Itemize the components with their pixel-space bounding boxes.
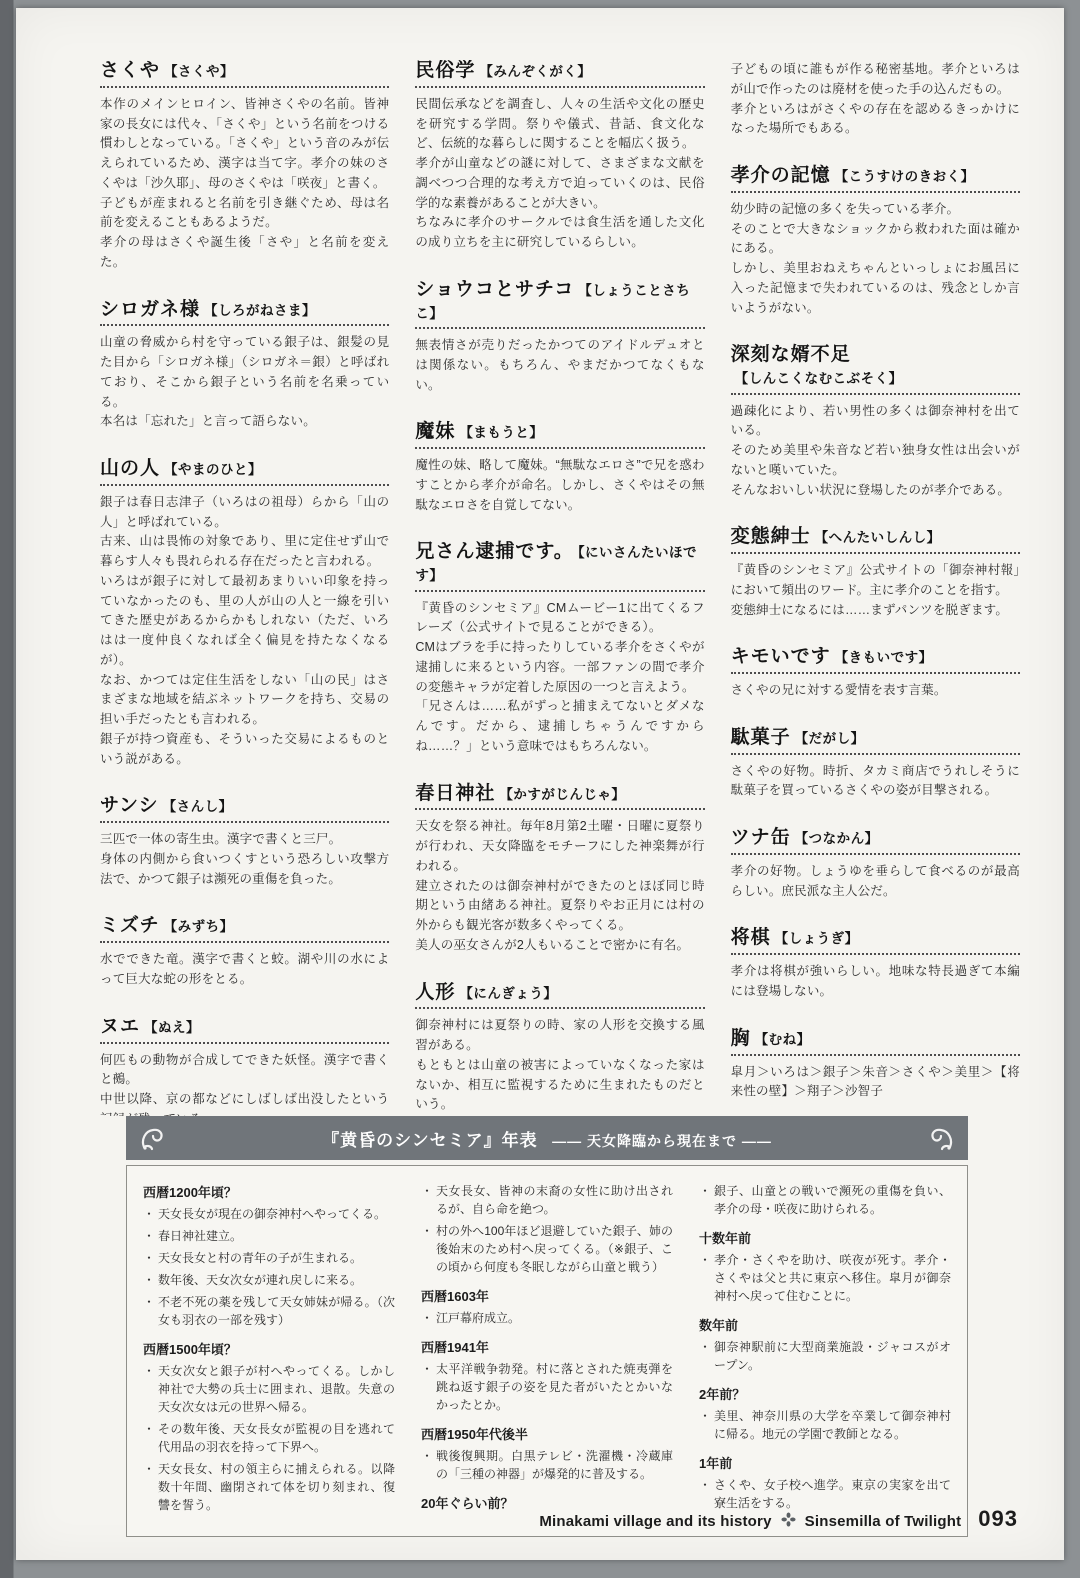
entry-heading: さくや【さくや】 [100, 60, 389, 83]
entry-paragraph: 山童の脅威から村を守っている銀子は、銀髪の見た目から「シロガネ様」（シロガネ＝銀… [100, 333, 389, 412]
entry-paragraph: 本作のメインヒロイン、皆神さくやの名前。皆神家の長女には代々、「さくや」という名… [100, 95, 389, 194]
dotted-rule [415, 447, 704, 449]
entry-heading: ミズチ【みずち】 [100, 915, 389, 938]
timeline-title: 『黄昏のシンセミア』年表 [322, 1131, 538, 1150]
timeline-item: ・数年後、天女次女が連れ戻しに来る。 [143, 1271, 395, 1289]
timeline-item: ・その数年後、天女長女が監視の目を逃れて代用品の羽衣を持って下界へ。 [143, 1420, 395, 1456]
bullet-dot: ・ [143, 1460, 158, 1514]
timeline-item-text: その数年後、天女長女が監視の目を逃れて代用品の羽衣を持って下界へ。 [158, 1420, 395, 1456]
dotted-rule [731, 552, 1020, 554]
timeline-item-text: 天女長女、皆神の末裔の女性に助け出されるが、自ら命を絶つ。 [436, 1182, 673, 1218]
bullet-dot: ・ [421, 1182, 436, 1218]
timeline-item-text: 銀子、山童との戦いで瀕死の重傷を負い、孝介の母・咲夜に助けられる。 [714, 1182, 951, 1218]
entry-paragraph: 水でできた竜。漢字で書くと蛟。湖や川の水によって巨大な蛇の形をとる。 [100, 950, 389, 990]
entry-reading: 【しょうぎ】 [775, 931, 859, 946]
dotted-rule [100, 86, 389, 88]
timeline-header-bar: 『黄昏のシンセミア』年表 ―― 天女降臨から現在まで ―― [126, 1116, 968, 1160]
entry-paragraph: さくやの好物。時折、タカミ商店でうれしそうに駄菓子を買っているさくやの姿が目撃さ… [731, 762, 1020, 802]
entry-reading: 【ぬえ】 [144, 1020, 200, 1035]
dotted-rule [731, 191, 1020, 193]
timeline-column: ・天女長女、皆神の末裔の女性に助け出されるが、自ら命を絶つ。・村の外へ100年ほ… [421, 1182, 673, 1518]
timeline-era-heading: 十数年前 [699, 1228, 951, 1247]
entry-paragraph: 中世以降、京の都などにしばしば出没したという記録が残っている。 [100, 1090, 389, 1116]
entry-paragraph: 孝介は将棋が強いらしい。地味な特長過ぎて本編には登場しない。 [731, 962, 1020, 1002]
timeline-item-text: 不老不死の薬を残して天女姉妹が帰る。（次女も羽衣の一部を残す） [158, 1293, 395, 1329]
entry-paragraph: 銀子は春日志津子（いろはの祖母）らから「山の人」と呼ばれている。 [100, 493, 389, 533]
timeline-era-heading: 2年前？ [699, 1384, 951, 1403]
timeline-item: ・天女長女、村の領主らに捕えられる。以降数十年間、幽閉されて体を切り刻まれ、復讐… [143, 1460, 395, 1514]
dotted-rule [415, 590, 704, 592]
entry-heading: 将棋【しょうぎ】 [731, 927, 1020, 950]
entry-reading: 【さんし】 [163, 799, 233, 814]
flower-icon [781, 1512, 796, 1527]
entry-term: 春日神社 [415, 783, 495, 804]
glossary-section: さくや【さくや】本作のメインヒロイン、皆神さくやの名前。皆神家の長女には代々、「… [100, 60, 1020, 1116]
timeline-item-text: 天女長女が現在の御奈神村へやってくる。 [158, 1205, 395, 1223]
entry-term: ツナ缶 [731, 827, 791, 848]
glossary-column: 民俗学【みんぞくがく】民間伝承などを調査し、人々の生活や文化の歴史を研究する学問… [415, 60, 704, 1116]
timeline-item: ・太平洋戦争勃発。村に落とされた焼夷弾を跳ね返す銀子の姿を見た者がいたとかいなか… [421, 1360, 673, 1414]
timeline-item-text: 江戸幕府成立。 [436, 1309, 673, 1327]
timeline-item-text: 天女長女、村の領主らに捕えられる。以降数十年間、幽閉されて体を切り刻まれ、復讐を… [158, 1460, 395, 1514]
entry-paragraph: 孝介といろはがさくやの存在を認めるきっかけになった場所でもある。 [731, 100, 1020, 140]
entry-heading: 孝介の記憶【こうすけのきおく】 [731, 165, 1020, 188]
timeline-item: ・孝介・さくやを助け、咲夜が死す。孝介・さくやは父と共に東京へ移住。皐月が御奈神… [699, 1251, 951, 1305]
entry-reading: 【しんこくなむこぶそく】 [735, 371, 903, 386]
timeline-era-heading: 西暦1200年頃？ [143, 1182, 395, 1201]
entry-heading: ヌエ【ぬえ】 [100, 1016, 389, 1039]
glossary-entry: ショウコとサチコ【しょうことさちこ】無表情さが売りだったかつてのアイドルデュオと… [415, 279, 704, 396]
footer-book-title: Sinsemilla of Twilight [805, 1513, 962, 1530]
entry-reading: 【かすがじんじゃ】 [499, 787, 625, 802]
entry-paragraph: 『黄昏のシンセミア』CMムービー1に出てくるフレーズ（公式サイトで見ることができ… [415, 599, 704, 639]
glossary-entry: ミズチ【みずち】水でできた竜。漢字で書くと蛟。湖や川の水によって巨大な蛇の形をと… [100, 915, 389, 989]
timeline-section: 『黄昏のシンセミア』年表 ―― 天女降臨から現在まで ―― 西暦1200年頃？・… [126, 1116, 968, 1537]
timeline-item-text: 春日神社建立。 [158, 1227, 395, 1245]
entry-paragraph: 皐月＞いろは＞銀子＞朱音＞さくや＞美里＞【将来性の壁】＞翔子＞沙智子 [731, 1063, 1020, 1103]
glossary-entry: 駄菓子【だがし】さくやの好物。時折、タカミ商店でうれしそうに駄菓子を買っているさ… [731, 727, 1020, 801]
entry-term: サンシ [100, 795, 159, 816]
entry-paragraph: そのため美里や朱音など若い独身女性は出会いがないと嘆いていた。 [731, 441, 1020, 481]
entry-paragraph: 建立されたのは御奈神村ができたのとほぼ同じ時期という由緒ある神社。夏祭りやお正月… [415, 877, 704, 936]
page-content: さくや【さくや】本作のメインヒロイン、皆神さくやの名前。皆神家の長女には代々、「… [16, 8, 1064, 1537]
dotted-rule [731, 753, 1020, 755]
glossary-entry: 春日神社【かすがじんじゃ】天女を祭る神社。毎年8月第2土曜・日曜に夏祭りが行われ… [415, 783, 704, 956]
entry-heading: 魔妹【まもうと】 [415, 421, 704, 444]
glossary-column: 子どもの頃に誰もが作る秘密基地。孝介といろはが山で作ったのは廃材を使った手の込ん… [731, 60, 1020, 1116]
bullet-dot: ・ [699, 1251, 714, 1305]
timeline-era-heading: 西暦1941年 [421, 1337, 673, 1356]
entry-paragraph: 三匹で一体の寄生虫。漢字で書くと三尸。 [100, 830, 389, 850]
entry-paragraph: 子どもの頃に誰もが作る秘密基地。孝介といろはが山で作ったのは廃材を使った手の込ん… [731, 60, 1020, 100]
timeline-item: ・天女長女と村の青年の子が生まれる。 [143, 1249, 395, 1267]
entry-paragraph: なお、かつては定住生活をしない「山の民」はさまざまな地域を結ぶネットワークを持ち… [100, 671, 389, 730]
bullet-dot: ・ [421, 1309, 436, 1327]
glossary-entry: 山の人【やまのひと】銀子は春日志津子（いろはの祖母）らから「山の人」と呼ばれてい… [100, 458, 389, 769]
timeline-item-text: 美里、神奈川県の大学を卒業して御奈神村に帰る。地元の学園で教師となる。 [714, 1407, 951, 1443]
entry-paragraph: 美人の巫女さんが2人もいることで密かに有名。 [415, 936, 704, 956]
entry-term: さくや [100, 60, 160, 81]
entry-term: ショウコとサチコ [415, 279, 574, 300]
entry-term: 胸 [731, 1028, 751, 1049]
bullet-dot: ・ [143, 1249, 158, 1267]
bullet-dot: ・ [143, 1362, 158, 1416]
entry-term: 山の人 [100, 458, 160, 479]
glossary-entry: ヌエ【ぬえ】何匹もの動物が合成してできた妖怪。漢字で書くと鵺。中世以降、京の都な… [100, 1016, 389, 1116]
entry-term: 人形 [415, 982, 455, 1003]
timeline-era-heading: 西暦1500年頃？ [143, 1339, 395, 1358]
timeline-item: ・江戸幕府成立。 [421, 1309, 673, 1327]
entry-reading: 【しろがねさま】 [204, 303, 316, 318]
dotted-rule [415, 808, 704, 810]
entry-term: 兄さん逮捕です。 [415, 541, 573, 562]
bullet-dot: ・ [143, 1227, 158, 1245]
glossary-entry: 人形【にんぎょう】御奈神村には夏祭りの時、家の人形を交換する風習がある。もともと… [415, 982, 704, 1116]
entry-heading: 春日神社【かすがじんじゃ】 [415, 783, 704, 806]
glossary-entry: ツナ缶【つなかん】孝介の好物。しょうゆを垂らして食べるのが最高らしい。庶民派な主… [731, 827, 1020, 901]
timeline-item: ・天女長女、皆神の末裔の女性に助け出されるが、自ら命を絶つ。 [421, 1182, 673, 1218]
entry-heading: サンシ【さんし】 [100, 795, 389, 818]
entry-reading: 【やまのひと】 [164, 462, 262, 477]
entry-reading: 【だがし】 [795, 731, 865, 746]
timeline-title-wrap: 『黄昏のシンセミア』年表 ―― 天女降臨から現在まで ―― [168, 1126, 926, 1151]
timeline-item: ・村の外へ100年ほど退避していた銀子、姉の後始末のため村へ戻ってくる。（※銀子… [421, 1222, 673, 1276]
entry-paragraph: 子どもが産まれると名前を引き継ぐため、母は名前を変えることもあるようだ。 [100, 194, 389, 234]
timeline-item: ・銀子、山童との戦いで瀕死の重傷を負い、孝介の母・咲夜に助けられる。 [699, 1182, 951, 1218]
entry-heading: ツナ缶【つなかん】 [731, 827, 1020, 850]
entry-paragraph: 幼少時の記憶の多くを失っている孝介。 [731, 200, 1020, 220]
entry-paragraph: しかし、美里おねえちゃんといっしょにお風呂に入った記憶まで失われているのは、残念… [731, 259, 1020, 318]
bullet-dot: ・ [143, 1271, 158, 1289]
timeline-item: ・戦後復興期。白黒テレビ・洗濯機・冷蔵庫の「三種の神器」が爆発的に普及する。 [421, 1447, 673, 1483]
glossary-entry: 変態紳士【へんたいしんし】『黄昏のシンセミア』公式サイトの「御奈神村報」において… [731, 526, 1020, 620]
entry-heading: 駄菓子【だがし】 [731, 727, 1020, 750]
timeline-item: ・御奈神駅前に大型商業施設・ジャコスがオープン。 [699, 1338, 951, 1374]
entry-reading: 【きもいです】 [835, 650, 933, 665]
entry-term: ミズチ [100, 915, 160, 936]
dotted-rule [415, 86, 704, 88]
glossary-entry: キモいです【きもいです】さくやの兄に対する愛情を表す言葉。 [731, 646, 1020, 701]
entry-paragraph: 『黄昏のシンセミア』公式サイトの「御奈神村報」において頻出のワード。主に孝介のこ… [731, 561, 1020, 601]
entry-paragraph: 魔性の妹、略して魔妹。“無駄なエロさ”で兄を惑わすことから孝介が命名。しかし、さ… [415, 456, 704, 515]
entry-paragraph: 何匹もの動物が合成してできた妖怪。漢字で書くと鵺。 [100, 1051, 389, 1091]
entry-reading: 【まもうと】 [459, 425, 543, 440]
glossary-entry: サンシ【さんし】三匹で一体の寄生虫。漢字で書くと三尸。身体の内側から食いつくすと… [100, 795, 389, 889]
entry-term: 変態紳士 [731, 526, 811, 547]
dotted-rule [731, 672, 1020, 674]
entry-heading: 深刻な婿不足【しんこくなむこぶそく】 [731, 344, 1020, 389]
bullet-dot: ・ [421, 1360, 436, 1414]
entry-paragraph: CMはブラを手に持ったりしている孝介をさくやが逮捕しに来るという内容。一部ファン… [415, 638, 704, 697]
entry-paragraph: 変態紳士になるには……まずパンツを脱ぎます。 [731, 601, 1020, 621]
footer-page-number: 093 [978, 1506, 1018, 1532]
entry-term: 深刻な婿不足 [731, 344, 851, 365]
timeline-item-text: 村の外へ100年ほど退避していた銀子、姉の後始末のため村へ戻ってくる。（※銀子、… [436, 1222, 673, 1276]
page-footer: Minakami village and its history Sinsemi… [539, 1506, 1018, 1532]
entry-heading: 民俗学【みんぞくがく】 [415, 60, 704, 83]
entry-paragraph: いろはが銀子に対して最初あまりいい印象を持っていなかったのも、里の人が山の人と一… [100, 572, 389, 671]
entry-term: シロガネ様 [100, 299, 200, 320]
timeline-box: 西暦1200年頃？・天女長女が現在の御奈神村へやってくる。・春日神社建立。・天女… [126, 1165, 968, 1537]
bullet-dot: ・ [143, 1293, 158, 1329]
entry-paragraph: 民間伝承などを調査し、人々の生活や文化の歴史を研究する学問。祭りや儀式、昔話、食… [415, 95, 704, 154]
dotted-rule [100, 941, 389, 943]
bullet-dot: ・ [421, 1447, 436, 1483]
dotted-rule [100, 324, 389, 326]
glossary-entry: 胸【むね】皐月＞いろは＞銀子＞朱音＞さくや＞美里＞【将来性の壁】＞翔子＞沙智子 [731, 1028, 1020, 1102]
entry-heading: 変態紳士【へんたいしんし】 [731, 526, 1020, 549]
entry-term: 将棋 [731, 927, 771, 948]
entry-paragraph: そのことで大きなショックから救われた面は確かにある。 [731, 220, 1020, 260]
timeline-item-text: 御奈神駅前に大型商業施設・ジャコスがオープン。 [714, 1338, 951, 1374]
entry-paragraph: 天女を祭る神社。毎年8月第2土曜・日曜に夏祭りが行われ、天女降臨をモチーフにした… [415, 817, 704, 876]
entry-paragraph: ちなみに孝介のサークルでは食生活を通した文化の成り立ちを主に研究しているらしい。 [415, 213, 704, 253]
entry-paragraph: 御奈神村には夏祭りの時、家の人形を交換する風習がある。 [415, 1016, 704, 1056]
timeline-item-text: 天女次女と銀子が村へやってくる。しかし神社で大勢の兵士に囲まれ、退散。失意の天女… [158, 1362, 395, 1416]
timeline-item: ・天女次女と銀子が村へやってくる。しかし神社で大勢の兵士に囲まれ、退散。失意の天… [143, 1362, 395, 1416]
timeline-item: ・美里、神奈川県の大学を卒業して御奈神村に帰る。地元の学園で教師となる。 [699, 1407, 951, 1443]
entry-paragraph: 過疎化により、若い男性の多くは御奈神村を出ている。 [731, 402, 1020, 442]
glossary-entry: 将棋【しょうぎ】孝介は将棋が強いらしい。地味な特長過ぎて本編には登場しない。 [731, 927, 1020, 1001]
timeline-column: ・銀子、山童との戦いで瀕死の重傷を負い、孝介の母・咲夜に助けられる。十数年前・孝… [699, 1182, 951, 1518]
glossary-entry: 深刻な婿不足【しんこくなむこぶそく】過疎化により、若い男性の多くは御奈神村を出て… [731, 344, 1020, 500]
timeline-item-text: 孝介・さくやを助け、咲夜が死す。孝介・さくやは父と共に東京へ移住。皐月が御奈神村… [714, 1251, 951, 1305]
entry-heading: ショウコとサチコ【しょうことさちこ】 [415, 279, 704, 324]
glossary-column: さくや【さくや】本作のメインヒロイン、皆神さくやの名前。皆神家の長女には代々、「… [100, 60, 389, 1116]
book-page: さくや【さくや】本作のメインヒロイン、皆神さくやの名前。皆神家の長女には代々、「… [16, 8, 1064, 1560]
timeline-item: ・天女長女が現在の御奈神村へやってくる。 [143, 1205, 395, 1223]
footer-section-title: Minakami village and its history [539, 1513, 771, 1530]
bullet-dot: ・ [699, 1338, 714, 1374]
entry-paragraph: さくやの兄に対する愛情を表す言葉。 [731, 681, 1020, 701]
entry-heading: シロガネ様【しろがねさま】 [100, 299, 389, 322]
glossary-entry: 魔妹【まもうと】魔性の妹、略して魔妹。“無駄なエロさ”で兄を惑わすことから孝介が… [415, 421, 704, 515]
entry-reading: 【むね】 [755, 1032, 811, 1047]
dotted-rule [100, 1042, 389, 1044]
entry-term: 孝介の記憶 [731, 165, 831, 186]
glossary-entry: 兄さん逮捕です。【にいさんたいほです】『黄昏のシンセミア』CMムービー1に出てく… [415, 541, 704, 756]
timeline-item-text: 天女長女と村の青年の子が生まれる。 [158, 1249, 395, 1267]
entry-reading: 【へんたいしんし】 [815, 530, 941, 545]
glossary-entry: さくや【さくや】本作のメインヒロイン、皆神さくやの名前。皆神家の長女には代々、「… [100, 60, 389, 273]
entry-paragraph: 孝介が山童などの謎に対して、さまざまな文献を調べつつ合理的な考え方で迫っていくの… [415, 154, 704, 213]
timeline-item: ・春日神社建立。 [143, 1227, 395, 1245]
bullet-dot: ・ [143, 1420, 158, 1456]
vine-swirl-icon [138, 1123, 168, 1153]
entry-reading: 【みずち】 [164, 919, 234, 934]
entry-heading: 胸【むね】 [731, 1028, 1020, 1051]
entry-paragraph: そんなおいしい状況に登場したのが孝介である。 [731, 481, 1020, 501]
bullet-dot: ・ [699, 1182, 714, 1218]
glossary-entry: シロガネ様【しろがねさま】山童の脅威から村を守っている銀子は、銀髪の見た目から「… [100, 299, 389, 433]
entry-paragraph: 無表情さが売りだったかつてのアイドルデュオとは関係ない。もちろん、やまだかつてな… [415, 336, 704, 395]
timeline-era-heading: 西暦1603年 [421, 1286, 673, 1305]
entry-heading: 兄さん逮捕です。【にいさんたいほです】 [415, 541, 704, 586]
timeline-era-heading: 数年前 [699, 1315, 951, 1334]
entry-paragraph: もともとは山童の被害によっていなくなった家はないか、相互に監視するために生まれた… [415, 1056, 704, 1115]
glossary-entry-continuation: 子どもの頃に誰もが作る秘密基地。孝介といろはが山で作ったのは廃材を使った手の込ん… [731, 60, 1020, 139]
dotted-rule [415, 327, 704, 329]
entry-paragraph: 孝介の母はさくや誕生後「さや」と名前を変えた。 [100, 233, 389, 273]
entry-paragraph: 「兄さんは……私がずっと捕まえてないとダメなんです。だから、逮捕しちゃうんですか… [415, 697, 704, 756]
entry-paragraph: 古来、山は畏怖の対象であり、里に定住せず山で暮らす人々も畏れられる存在だったと言… [100, 532, 389, 572]
vine-swirl-icon [926, 1123, 956, 1153]
dotted-rule [415, 1007, 704, 1009]
entry-reading: 【にんぎょう】 [459, 986, 557, 1001]
entry-paragraph: 本名は「忘れた」と言って語らない。 [100, 412, 389, 432]
entry-paragraph: 銀子が持つ資産も、そういった交易によるものという説がある。 [100, 730, 389, 770]
entry-heading: キモいです【きもいです】 [731, 646, 1020, 669]
entry-term: キモいです [731, 646, 831, 667]
entry-term: 民俗学 [415, 60, 475, 81]
timeline-column: 西暦1200年頃？・天女長女が現在の御奈神村へやってくる。・春日神社建立。・天女… [143, 1182, 395, 1518]
glossary-entry: 孝介の記憶【こうすけのきおく】幼少時の記憶の多くを失っている孝介。そのことで大き… [731, 165, 1020, 318]
entry-reading: 【こうすけのきおく】 [835, 169, 975, 184]
timeline-era-heading: 1年前 [699, 1453, 951, 1472]
dotted-rule [731, 953, 1020, 955]
entry-reading: 【さくや】 [164, 64, 234, 79]
entry-heading: 人形【にんぎょう】 [415, 982, 704, 1005]
dotted-rule [100, 821, 389, 823]
timeline-item-text: 数年後、天女次女が連れ戻しに来る。 [158, 1271, 395, 1289]
timeline-item: ・不老不死の薬を残して天女姉妹が帰る。（次女も羽衣の一部を残す） [143, 1293, 395, 1329]
glossary-entry: 民俗学【みんぞくがく】民間伝承などを調査し、人々の生活や文化の歴史を研究する学問… [415, 60, 704, 253]
entry-paragraph: 身体の内側から食いつくすという恐ろしい攻撃方法で、かつて銀子は瀕死の重傷を負った… [100, 850, 389, 890]
entry-term: 駄菓子 [731, 727, 791, 748]
dotted-rule [100, 484, 389, 486]
bullet-dot: ・ [143, 1205, 158, 1223]
bullet-dot: ・ [699, 1407, 714, 1443]
entry-term: ヌエ [100, 1016, 140, 1037]
timeline-item-text: 太平洋戦争勃発。村に落とされた焼夷弾を跳ね返す銀子の姿を見た者がいたとかいなかっ… [436, 1360, 673, 1414]
dotted-rule [731, 393, 1020, 395]
timeline-era-heading: 西暦1950年代後半 [421, 1424, 673, 1443]
entry-reading: 【みんぞくがく】 [479, 64, 591, 79]
dotted-rule [731, 1054, 1020, 1056]
entry-reading: 【つなかん】 [795, 831, 879, 846]
entry-heading: 山の人【やまのひと】 [100, 458, 389, 481]
dotted-rule [731, 853, 1020, 855]
entry-paragraph: 孝介の好物。しょうゆを垂らして食べるのが最高らしい。庶民派な主人公だ。 [731, 862, 1020, 902]
bullet-dot: ・ [421, 1222, 436, 1276]
timeline-item-text: 戦後復興期。白黒テレビ・洗濯機・冷蔵庫の「三種の神器」が爆発的に普及する。 [436, 1447, 673, 1483]
entry-term: 魔妹 [415, 421, 455, 442]
timeline-subtitle: ―― 天女降臨から現在まで ―― [552, 1133, 772, 1149]
